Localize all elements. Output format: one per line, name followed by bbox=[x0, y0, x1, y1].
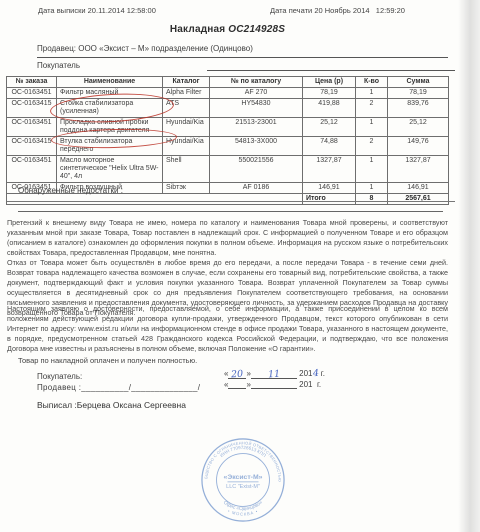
cell-name: Прокладка сливной пробки поддона картера… bbox=[57, 118, 163, 137]
seller-label: Продавец : bbox=[37, 383, 81, 392]
year-suffix: г. bbox=[317, 380, 321, 389]
cell-brand: Shell bbox=[163, 156, 210, 183]
cell-catalog: AF 270 bbox=[210, 88, 303, 99]
cell-sum: 839,76 bbox=[388, 99, 449, 118]
cell-sum: 1327,87 bbox=[388, 156, 449, 183]
total-spacer bbox=[7, 194, 303, 205]
issue-date-label: Дата выписки bbox=[38, 6, 86, 15]
seller-signature-blanks: __________/______________/ bbox=[81, 383, 200, 392]
terms-paragraph: Настоящим заявляю о достоверности, предо… bbox=[7, 304, 448, 354]
cell-brand: Alpha Filter bbox=[163, 88, 210, 99]
terms-paragraph: Претензий к внешнему виду Товара не имею… bbox=[7, 218, 448, 258]
print-date-value: 20 Ноябрь 2014 12:59:20 bbox=[314, 6, 405, 15]
col-header-sum: Сумма bbox=[388, 77, 449, 88]
year-printed: 201 bbox=[299, 380, 312, 389]
cell-price: 146,91 bbox=[303, 183, 356, 194]
cell-qty: 2 bbox=[356, 137, 388, 156]
table-row: ОС-0163415 Стойка стабилизатора (усиленн… bbox=[7, 99, 449, 118]
cell-sum: 149,76 bbox=[388, 137, 449, 156]
cell-sum: 146,91 bbox=[388, 183, 449, 194]
handwritten-day: 20 bbox=[231, 369, 244, 381]
seller-signature-label: Продавец :__________/______________/ bbox=[37, 383, 200, 392]
handwritten-year-digit: 4 bbox=[312, 368, 319, 379]
cell-brand: Sibтэк bbox=[163, 183, 210, 194]
cell-price: 74,88 bbox=[303, 137, 356, 156]
cell-price: 1327,87 bbox=[303, 156, 356, 183]
cell-sum: 78,19 bbox=[388, 88, 449, 99]
table-row: ОС-0163451 Фильтр масляный Alpha Filter … bbox=[7, 88, 449, 99]
page-title: Накладная ОС214928S bbox=[0, 24, 455, 35]
table-row: ОС-0163451 Масло моторное синтетическое … bbox=[7, 156, 449, 183]
seller-line: Продавец: ООО «Эксист – М» подразделение… bbox=[37, 44, 448, 58]
total-sum: 2567,61 bbox=[388, 194, 449, 205]
col-header-qty: К-во bbox=[356, 77, 388, 88]
total-qty: 8 bbox=[356, 194, 388, 205]
defects-blank-rule bbox=[7, 201, 455, 202]
cell-brand: Hyundai/Kia bbox=[163, 118, 210, 137]
cell-brand: Hyundai/Kia bbox=[163, 137, 210, 156]
col-header-price: Цена (р) bbox=[303, 77, 356, 88]
year-suffix: г. bbox=[321, 369, 325, 378]
table-total-row: Итого 8 2567,61 bbox=[7, 194, 449, 205]
cell-brand: ATS bbox=[163, 99, 210, 118]
table-row: ОС-0163451 Прокладка сливной пробки подд… bbox=[7, 118, 449, 137]
issued-by-line: Выписал :Берцева Оксана Сергеевна bbox=[37, 400, 186, 410]
scan-shadow-edge bbox=[458, 0, 480, 532]
issue-date: Дата выписки 20.11.2014 12:58:00 bbox=[38, 6, 156, 15]
buyer-blank-rule bbox=[207, 70, 455, 71]
cell-name: Стойка стабилизатора (усиленная) bbox=[57, 99, 163, 118]
cell-qty: 2 bbox=[356, 99, 388, 118]
col-header-brand: Каталог bbox=[163, 77, 210, 88]
invoice-scan-page: Дата выписки 20.11.2014 12:58:00 Дата пе… bbox=[0, 0, 480, 532]
cell-price: 25,12 bbox=[303, 118, 356, 137]
signature-date-block: «20»11 2014 г. «» 201 г. bbox=[224, 368, 325, 390]
cell-name: Втулка стабилизатора переднего bbox=[57, 137, 163, 156]
cell-qty: 1 bbox=[356, 88, 388, 99]
table-header-row: № заказа Наименование Каталог № по катал… bbox=[7, 77, 449, 88]
year-printed: 201 bbox=[299, 369, 312, 378]
table-row: ОС-0163415 Втулка стабилизатора переднег… bbox=[7, 137, 449, 156]
separator-rule bbox=[18, 211, 443, 212]
cell-name: Масло моторное синтетическое "Helix Ultr… bbox=[57, 156, 163, 183]
cell-order: ОС-0163451 bbox=[7, 88, 57, 99]
cell-order: ОС-0163451 bbox=[7, 118, 57, 137]
cell-qty: 1 bbox=[356, 118, 388, 137]
handwritten-month: 11 bbox=[267, 369, 280, 381]
cell-catalog: 54813-3X000 bbox=[210, 137, 303, 156]
paid-confirmation-line: Товар по накладной оплачен и получен пол… bbox=[18, 356, 197, 365]
buyer-signature-label: Покупатель: bbox=[37, 372, 82, 381]
doc-number: ОС214928S bbox=[228, 24, 285, 35]
col-header-name: Наименование bbox=[57, 77, 163, 88]
cell-qty: 1 bbox=[356, 183, 388, 194]
date-row-filled: «20»11 2014 г. bbox=[224, 368, 325, 379]
cell-order: ОС-0163415 bbox=[7, 99, 57, 118]
cell-catalog: 550021556 bbox=[210, 156, 303, 183]
cell-price: 78,19 bbox=[303, 88, 356, 99]
doc-type-label: Накладная bbox=[170, 24, 225, 35]
defects-label: Обнаруженные недостатки : bbox=[18, 186, 123, 195]
cell-catalog: AF 0186 bbox=[210, 183, 303, 194]
cell-price: 419,88 bbox=[303, 99, 356, 118]
stamp-company-name-en: LLC "Exist-M" bbox=[226, 484, 260, 490]
buyer-label: Покупатель bbox=[37, 61, 80, 70]
company-stamp: ОБЩЕСТВО С ОГРАНИЧЕННОЙ ОТВЕТСТВЕННОСТЬЮ… bbox=[186, 428, 300, 532]
cell-catalog: 21513-23001 bbox=[210, 118, 303, 137]
cell-sum: 25,12 bbox=[388, 118, 449, 137]
print-date: Дата печати 20 Ноябрь 2014 12:59:20 bbox=[270, 6, 405, 15]
col-header-order: № заказа bbox=[7, 77, 57, 88]
stamp-company-name-ru: «Эксист-М» bbox=[224, 474, 263, 481]
col-header-catalog: № по каталогу bbox=[210, 77, 303, 88]
print-date-label: Дата печати bbox=[270, 6, 312, 15]
issue-date-value: 20.11.2014 12:58:00 bbox=[88, 6, 156, 15]
date-row-empty: «» 201 г. bbox=[224, 379, 325, 390]
cell-qty: 1 bbox=[356, 156, 388, 183]
cell-name: Фильтр масляный bbox=[57, 88, 163, 99]
cell-order: ОС-0163451 bbox=[7, 156, 57, 183]
cell-order: ОС-0163415 bbox=[7, 137, 57, 156]
cell-catalog: HY54830 bbox=[210, 99, 303, 118]
total-label: Итого bbox=[303, 194, 356, 205]
